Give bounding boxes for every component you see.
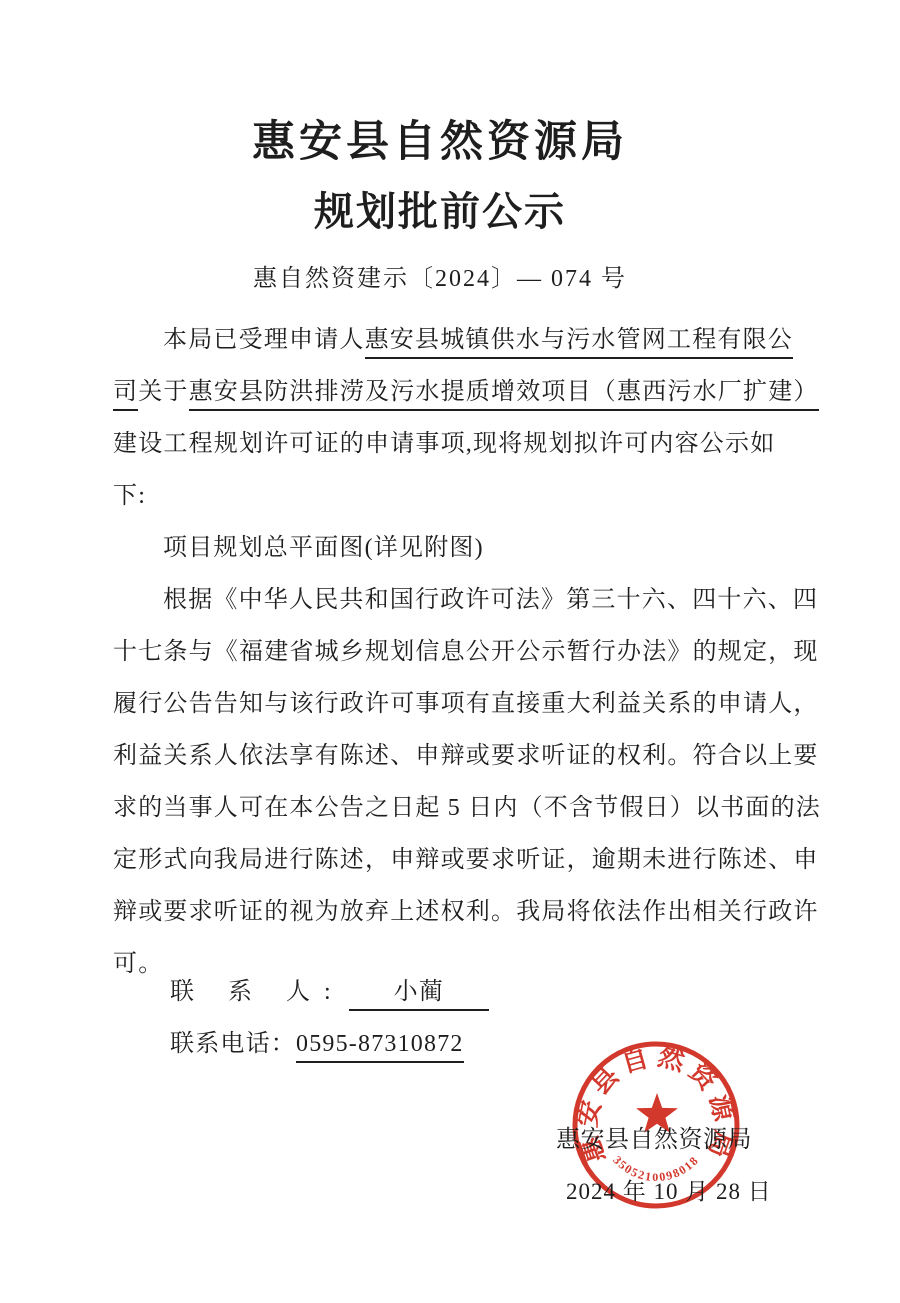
contact-phone-number: 0595-87310872 [296, 1031, 464, 1063]
underlined-text-segment: 惠安县城镇供水与污水管网工程有限公 [365, 327, 793, 359]
text-segment: 定形式向我局进行陈述，申辩或要求听证，逾期未进行陈述、申 [113, 847, 819, 873]
underlined-text-segment: 司 [113, 379, 138, 411]
text-segment: 根据《中华人民共和国行政许可法》第三十六、四十六、四 [163, 587, 818, 613]
page-title: 惠安县自然资源局 [0, 108, 880, 169]
body-line: 定形式向我局进行陈述，申辩或要求听证，逾期未进行陈述、申 [113, 834, 803, 886]
text-segment: 履行公告告知与该行政许可事项有直接重大利益关系的申请人， [113, 691, 819, 717]
body-line: 十七条与《福建省城乡规划信息公开公示暂行办法》的规定，现 [113, 626, 803, 678]
text-segment: 辩或要求听证的视为放弃上述权利。我局将依法作出相关行政许 [113, 899, 819, 925]
body-line: 利益关系人依法享有陈述、申辩或要求听证的权利。符合以上要 [113, 730, 803, 782]
page-subtitle: 规划批前公示 [0, 180, 880, 237]
document-number: 惠自然资建示〔2024〕— 074 号 [0, 258, 880, 293]
body-line: 履行公告告知与该行政许可事项有直接重大利益关系的申请人， [113, 678, 803, 730]
text-segment: 可。 [113, 951, 163, 977]
body-line: 司关于惠安县防洪排涝及污水提质增效项目（惠西污水厂扩建） [113, 366, 803, 418]
body-line: 辩或要求听证的视为放弃上述权利。我局将依法作出相关行政许 [113, 886, 803, 938]
text-segment: 本局已受理申请人 [163, 327, 365, 353]
text-segment: 关于 [138, 379, 188, 405]
body-line: 本局已受理申请人惠安县城镇供水与污水管网工程有限公 [113, 314, 803, 366]
contact-person-label: 联 系 人: [170, 979, 345, 1005]
document-page: 惠安县自然资源局 规划批前公示 惠自然资建示〔2024〕— 074 号 本局已受… [0, 0, 900, 1303]
contact-phone-line: 联系电话：0595-87310872 [170, 1018, 489, 1070]
body-line: 下: [113, 470, 803, 522]
text-segment: 下: [113, 483, 146, 509]
body-text: 本局已受理申请人惠安县城镇供水与污水管网工程有限公司关于惠安县防洪排涝及污水提质… [113, 314, 803, 990]
body-line: 项目规划总平面图(详见附图) [113, 522, 803, 574]
text-segment: 项目规划总平面图(详见附图) [163, 535, 484, 561]
contact-block: 联 系 人:小蔺 联系电话：0595-87310872 [170, 966, 489, 1070]
text-segment: 利益关系人依法享有陈述、申辩或要求听证的权利。符合以上要 [113, 743, 819, 769]
text-segment: 建设工程规划许可证的申请事项,现将规划拟许可内容公示如 [113, 431, 775, 457]
body-line: 根据《中华人民共和国行政许可法》第三十六、四十六、四 [113, 574, 803, 626]
contact-phone-label: 联系电话： [170, 1031, 296, 1057]
issuing-authority: 惠安县自然资源局 [556, 1119, 752, 1154]
contact-person-name: 小蔺 [349, 979, 489, 1011]
text-segment: 十七条与《福建省城乡规划信息公开公示暂行办法》的规定，现 [113, 639, 819, 665]
contact-person-line: 联 系 人:小蔺 [170, 966, 489, 1018]
underlined-text-segment: 惠安县防洪排涝及污水提质增效项目（惠西污水厂扩建） [189, 379, 819, 411]
issue-date: 2024 年 10 月 28 日 [566, 1173, 772, 1206]
body-line: 求的当事人可在本公告之日起 5 日内（不含节假日）以书面的法 [113, 782, 803, 834]
body-line: 建设工程规划许可证的申请事项,现将规划拟许可内容公示如 [113, 418, 803, 470]
text-segment: 求的当事人可在本公告之日起 5 日内（不含节假日）以书面的法 [113, 795, 821, 821]
